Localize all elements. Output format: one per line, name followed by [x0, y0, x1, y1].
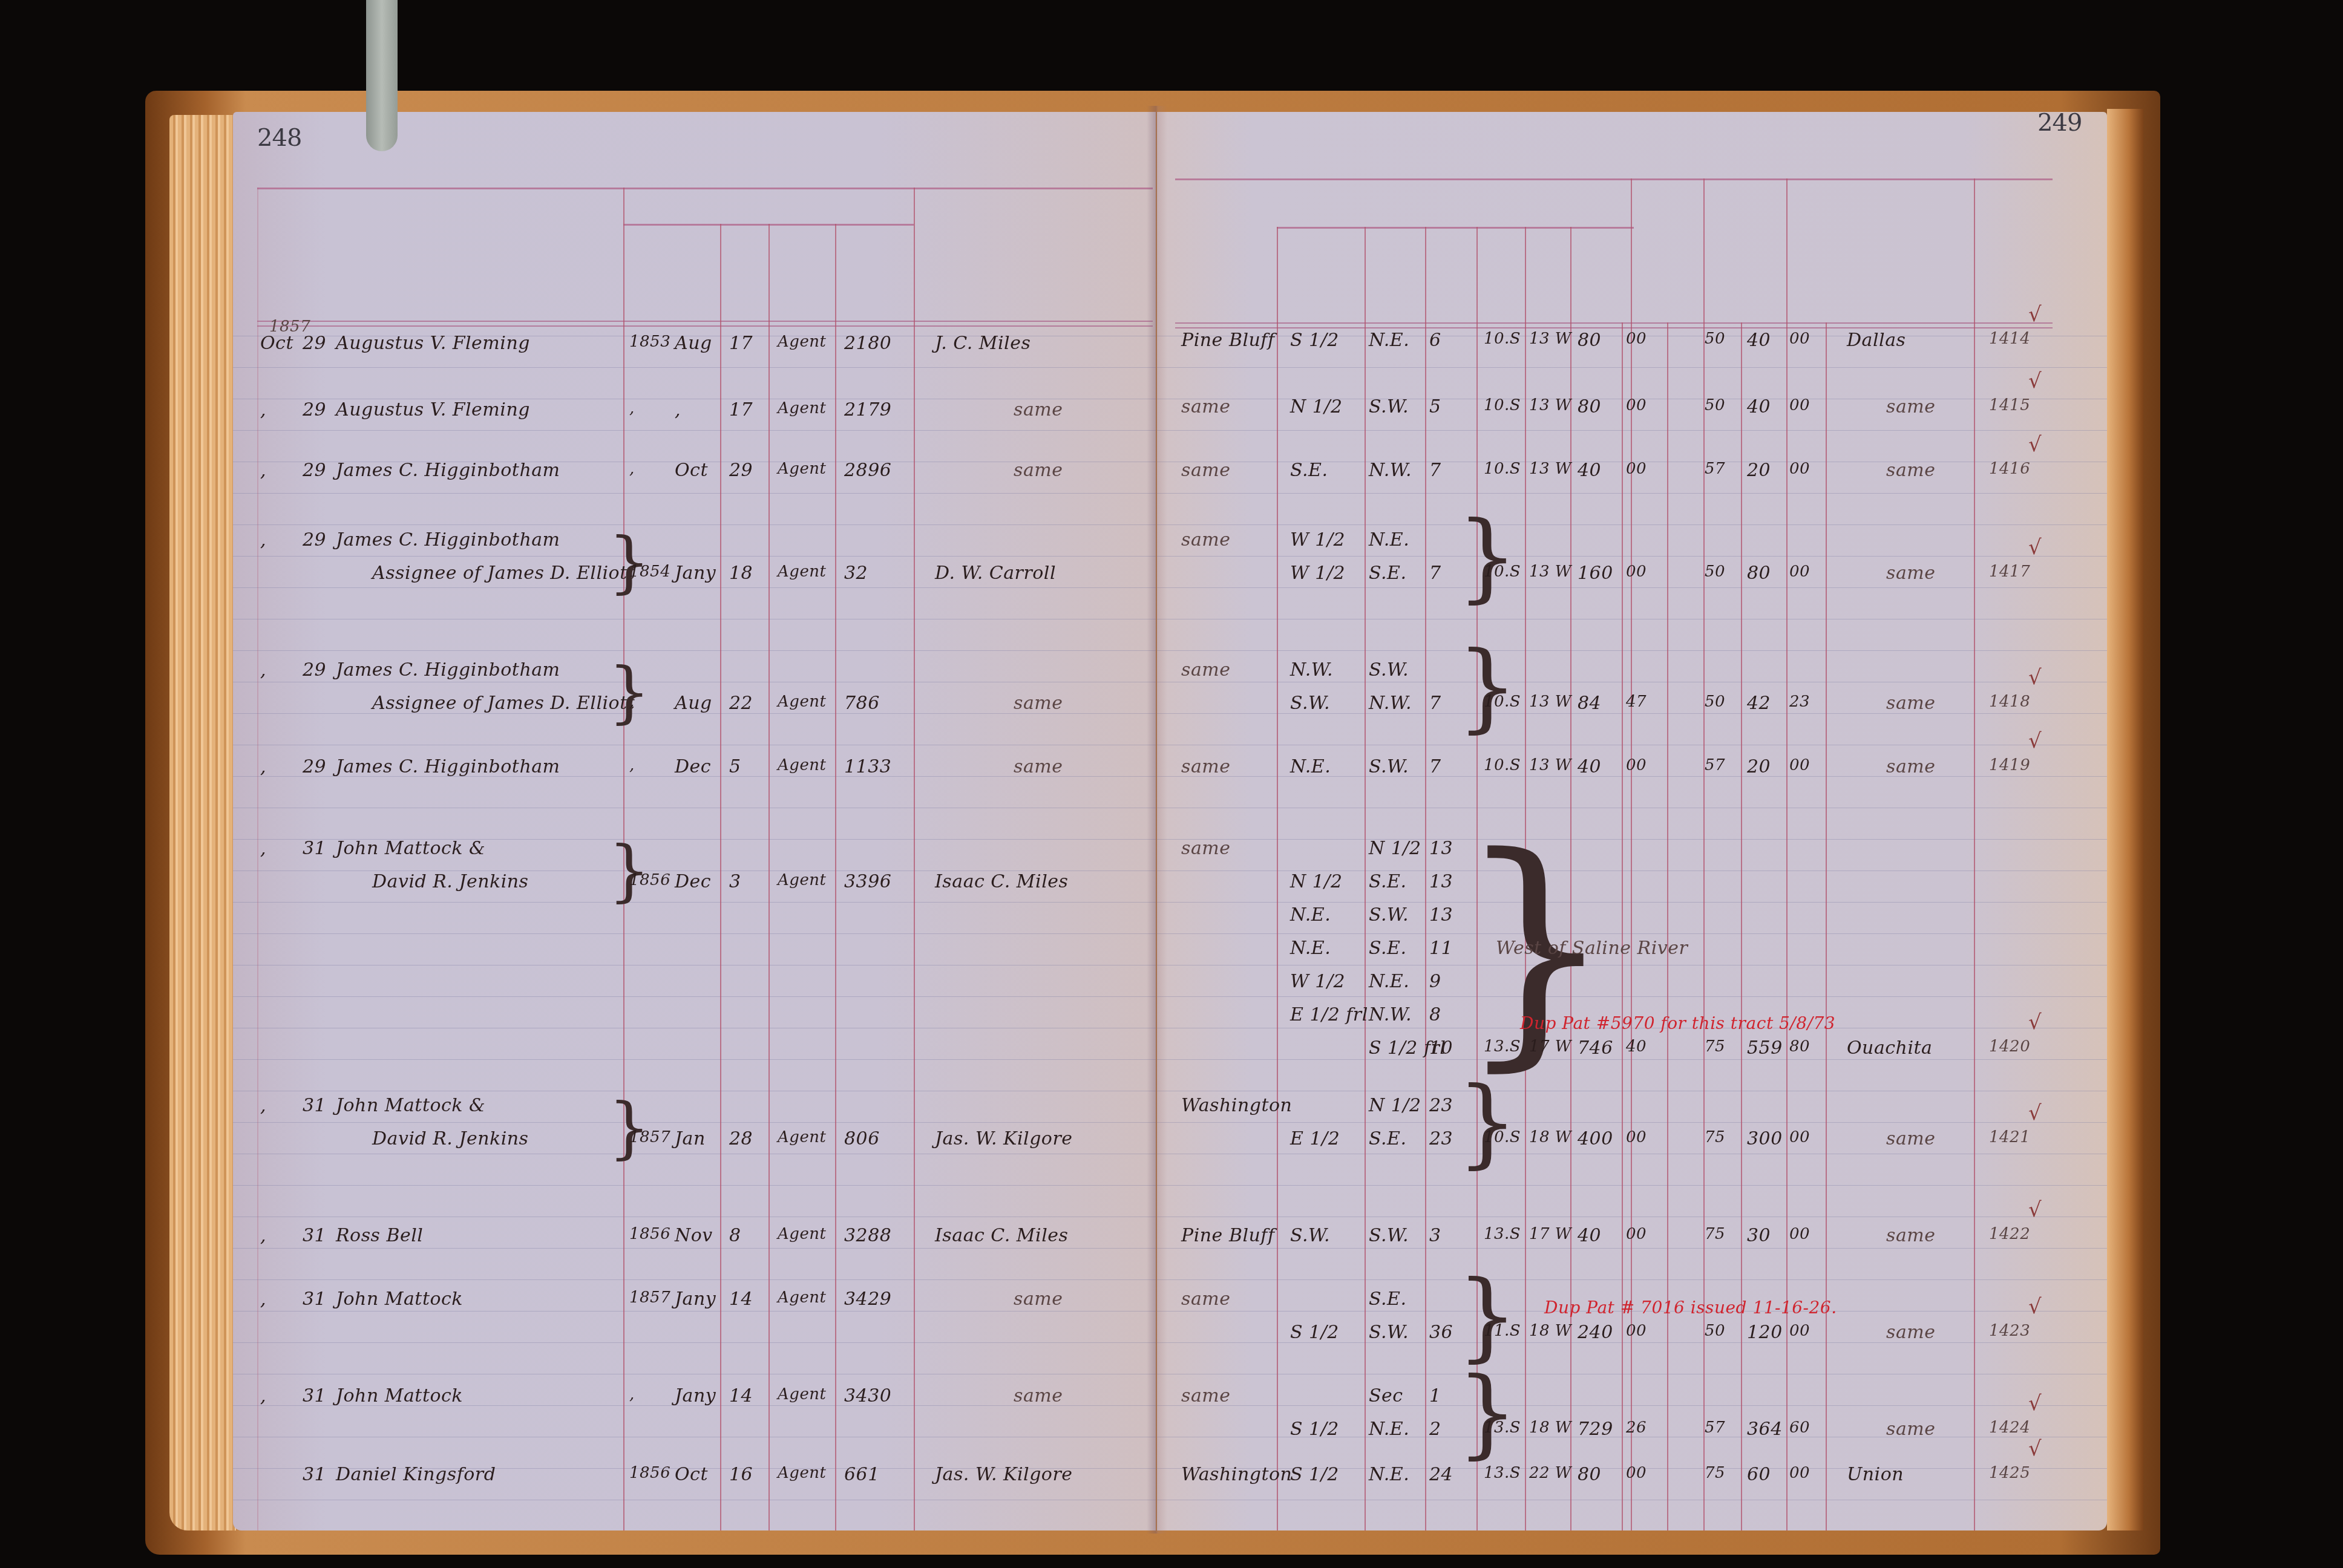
- purchase-cents: 00: [1789, 1128, 1810, 1146]
- acres-fraction: 00: [1626, 756, 1647, 774]
- tract-part: W 1/2: [1290, 563, 1345, 584]
- ruled-line: [233, 556, 1156, 557]
- price-per-acre: 50: [1705, 693, 1725, 711]
- check-mark-icon: √: [2028, 665, 2042, 690]
- check-mark-icon: √: [2028, 1295, 2042, 1319]
- entry-year: ,: [629, 693, 635, 711]
- entry-day: 29: [303, 399, 326, 420]
- county: same: [1886, 396, 1935, 417]
- tract-part: W 1/2: [1290, 971, 1345, 992]
- entry-day: 31: [303, 838, 326, 859]
- county: same: [1886, 1225, 1935, 1246]
- township: 13.S: [1484, 1464, 1521, 1482]
- tract-part: N.W.: [1290, 659, 1333, 681]
- range: 13 W: [1529, 396, 1571, 414]
- tract-section: 7: [1429, 756, 1441, 777]
- column-divider: [1974, 178, 1975, 1530]
- purchase-cents: 00: [1789, 396, 1810, 414]
- entry-month: ,: [260, 659, 266, 681]
- purchaser-name: Augustus V. Fleming: [336, 399, 530, 420]
- township: 13.S: [1484, 1037, 1521, 1056]
- column-divider: [835, 224, 836, 1530]
- purchaser-name: Ross Bell: [336, 1225, 423, 1246]
- township: 10.S: [1484, 563, 1521, 581]
- tract-subdivision: N 1/2: [1369, 838, 1421, 859]
- ruled-line: [233, 430, 1156, 431]
- tract-subdivision: N.E.: [1369, 330, 1409, 351]
- entry-type: Agent: [778, 871, 827, 889]
- tract-subdivision: S.W.: [1369, 1225, 1409, 1246]
- tract-part: N.E.: [1290, 756, 1331, 777]
- tract-section: 2: [1429, 1419, 1441, 1440]
- column-divider: [1277, 227, 1278, 1530]
- entry-day: 29: [303, 659, 326, 681]
- tract-part: S 1/2: [1290, 330, 1339, 351]
- tract-section: 7: [1429, 693, 1441, 714]
- range: 13 W: [1529, 756, 1571, 774]
- tract-section: 5: [1429, 396, 1441, 417]
- entry-year: 1853: [629, 333, 670, 351]
- land-office: Pine Bluff: [1181, 1225, 1275, 1246]
- county: Ouachita: [1847, 1037, 1932, 1059]
- tract-subdivision: N.E.: [1369, 1419, 1409, 1440]
- purchaser-name: Augustus V. Fleming: [336, 333, 530, 354]
- acres: 240: [1578, 1322, 1613, 1343]
- entry-day: 31: [303, 1289, 326, 1310]
- certificate-number: 1416: [1989, 460, 2030, 478]
- purchase-amount: 20: [1747, 460, 1771, 481]
- acres-fraction: 00: [1626, 1322, 1647, 1340]
- acres: 40: [1578, 460, 1601, 481]
- purchase-amount: 60: [1747, 1464, 1771, 1485]
- tract-part: N 1/2: [1290, 396, 1343, 417]
- purchase-amount: 80: [1747, 563, 1771, 584]
- ruled-line: [233, 650, 1156, 651]
- township: 10.S: [1484, 396, 1521, 414]
- agent-name: Isaac C. Miles: [935, 1225, 1068, 1246]
- certificate-number: 1417: [1989, 563, 2030, 581]
- entry-month-date: Jany: [675, 1289, 716, 1310]
- check-mark-icon: √: [2028, 302, 2042, 327]
- page-edges-right: [2107, 109, 2143, 1530]
- acres-fraction: 00: [1626, 330, 1647, 348]
- certificate-number: 1425: [1989, 1464, 2030, 1482]
- tract-part: S 1/2: [1290, 1464, 1339, 1485]
- entry-number: 661: [844, 1464, 880, 1485]
- ruled-line: [233, 1437, 1156, 1437]
- ruled-line: [1157, 367, 2107, 368]
- tract-part: S.W.: [1290, 1225, 1330, 1246]
- agent-name: same: [1014, 460, 1063, 481]
- ruled-line: [233, 1059, 1156, 1060]
- agent-name: D. W. Carroll: [935, 563, 1056, 584]
- name-brace: }: [608, 523, 650, 601]
- entry-type: Agent: [778, 693, 827, 711]
- purchaser-name: John Mattock &: [336, 838, 485, 859]
- ruled-line: [1157, 430, 2107, 431]
- column-divider: [768, 224, 770, 1530]
- tract-part: E 1/2: [1290, 1128, 1340, 1149]
- land-office: same: [1181, 838, 1230, 859]
- tract-subdivision: N.W.: [1369, 460, 1412, 481]
- range: 17 W: [1529, 1225, 1571, 1243]
- county: same: [1886, 1128, 1935, 1149]
- entry-month: ,: [260, 1385, 266, 1406]
- ruled-line: [1157, 839, 2107, 840]
- entry-day: 29: [303, 460, 326, 481]
- tract-section: 11: [1429, 938, 1453, 959]
- check-mark-icon: √: [2028, 1437, 2042, 1461]
- acres: 80: [1578, 1464, 1601, 1485]
- ruled-line: [1157, 965, 2107, 965]
- entry-type: Agent: [778, 399, 827, 417]
- entry-day: 29: [303, 333, 326, 354]
- ruled-line: [1157, 1122, 2107, 1123]
- entry-day: 29: [303, 756, 326, 777]
- purchaser-name: John Mattock: [336, 1385, 463, 1406]
- ruled-line: [233, 524, 1156, 525]
- entry-year: 1857: [629, 1128, 670, 1146]
- entry-month: ,: [260, 399, 266, 420]
- agent-name: same: [1014, 756, 1063, 777]
- agent-name: Jas. W. Kilgore: [935, 1464, 1073, 1485]
- ruled-line: [233, 1122, 1156, 1123]
- ruled-line: [1157, 1405, 2107, 1406]
- entry-day-date: 18: [729, 563, 753, 584]
- ruled-line: [233, 1185, 1156, 1186]
- ruled-line: [233, 1217, 1156, 1217]
- entry-type: Agent: [778, 1289, 827, 1307]
- tract-subdivision: S.W.: [1369, 1322, 1409, 1343]
- page-number-right: 249: [2037, 112, 2082, 137]
- tract-subdivision: N.E.: [1369, 529, 1409, 550]
- column-divider: [914, 188, 915, 1530]
- entry-month-date: Jany: [675, 1385, 716, 1406]
- ruled-line: [1157, 1279, 2107, 1280]
- tract-side-note: West of Saline River: [1496, 938, 1688, 959]
- entry-type: Agent: [778, 563, 827, 581]
- tract-part: N.E.: [1290, 938, 1331, 959]
- agent-name: same: [1014, 693, 1063, 714]
- acres-fraction: 00: [1626, 1225, 1647, 1243]
- tract-subdivision: S.W.: [1369, 659, 1409, 681]
- acres-fraction: 00: [1626, 460, 1647, 478]
- county: Union: [1847, 1464, 1904, 1485]
- ruled-line: [1157, 1091, 2107, 1091]
- price-per-acre: 50: [1705, 1322, 1725, 1340]
- price-per-acre: 50: [1705, 563, 1725, 581]
- purchase-amount: 40: [1747, 330, 1771, 351]
- entry-year: 1856: [629, 1225, 670, 1243]
- purchase-cents: 00: [1789, 563, 1810, 581]
- purchaser-name: John Mattock &: [336, 1095, 485, 1116]
- tract-section: 3: [1429, 1225, 1441, 1246]
- acres: 40: [1578, 756, 1601, 777]
- range: 18 W: [1529, 1322, 1571, 1340]
- purchase-cents: 80: [1789, 1037, 1810, 1056]
- ruled-line: [1157, 1374, 2107, 1374]
- check-mark-icon: √: [2028, 729, 2042, 753]
- tract-section: 36: [1429, 1322, 1453, 1343]
- tract-part: S 1/2: [1290, 1419, 1339, 1440]
- land-office: same: [1181, 529, 1230, 550]
- entry-year: 1854: [629, 563, 670, 581]
- entry-type: Agent: [778, 1385, 827, 1403]
- county: same: [1886, 756, 1935, 777]
- range: 13 W: [1529, 563, 1571, 581]
- agent-name: same: [1014, 1289, 1063, 1310]
- ruled-line: [1157, 996, 2107, 997]
- entry-month-date: Oct: [675, 1464, 708, 1485]
- header-rule: [257, 188, 1153, 189]
- entry-month-date: Nov: [675, 1225, 713, 1246]
- land-office: same: [1181, 756, 1230, 777]
- county: same: [1886, 563, 1935, 584]
- entry-day-date: 28: [729, 1128, 753, 1149]
- page-number-left: 248: [257, 124, 301, 152]
- certificate-number: 1415: [1989, 396, 2030, 414]
- tract-section: 10: [1429, 1037, 1453, 1059]
- tract-part: S 1/2: [1290, 1322, 1339, 1343]
- purchase-cents: 00: [1789, 460, 1810, 478]
- header-rule: [1175, 178, 2053, 180]
- name-brace: }: [608, 1089, 650, 1166]
- header-double-rule: [257, 321, 1153, 327]
- tract-part: S.W.: [1290, 693, 1330, 714]
- column-divider: [1365, 227, 1366, 1530]
- column-divider: [1667, 322, 1668, 1530]
- tract-subdivision: S.W.: [1369, 396, 1409, 417]
- ruled-line: [233, 619, 1156, 619]
- township: 13.S: [1484, 1419, 1521, 1437]
- township: 10.S: [1484, 756, 1521, 774]
- ruled-line: [233, 1091, 1156, 1091]
- name-brace: }: [608, 653, 650, 731]
- ruled-line: [233, 1154, 1156, 1154]
- purchaser-name: Assignee of James D. Elliott: [372, 563, 635, 584]
- tract-part: S.E.: [1290, 460, 1328, 481]
- tract-subdivision: S.E.: [1369, 938, 1406, 959]
- price-per-acre: 57: [1705, 1419, 1725, 1437]
- land-office: Washington: [1181, 1095, 1292, 1116]
- check-mark-icon: √: [2028, 535, 2042, 560]
- red-annotation: Dup Pat # 7016 issued 11-16-26.: [1544, 1298, 1837, 1318]
- entry-month: ,: [260, 529, 266, 550]
- column-divider: [1826, 322, 1827, 1530]
- entry-type: Agent: [778, 756, 827, 774]
- ruled-line: [1157, 1500, 2107, 1500]
- tract-section: 8: [1429, 1004, 1441, 1025]
- purchaser-name: James C. Higginbotham: [336, 756, 560, 777]
- range: 17 W: [1529, 1037, 1571, 1056]
- entry-day-date: 8: [729, 1225, 741, 1246]
- tract-subdivision: S.W.: [1369, 756, 1409, 777]
- tract-section: 6: [1429, 330, 1441, 351]
- ruled-line: [1157, 587, 2107, 588]
- ruled-line: [233, 1028, 1156, 1028]
- ruled-line: [233, 1374, 1156, 1374]
- entry-day: 31: [303, 1464, 326, 1485]
- purchaser-name: James C. Higginbotham: [336, 529, 560, 550]
- entry-year: 1856: [629, 871, 670, 889]
- county: same: [1886, 1419, 1935, 1440]
- tract-subdivision: N.W.: [1369, 693, 1412, 714]
- certificate-number: 1423: [1989, 1322, 2030, 1340]
- entry-day-date: 22: [729, 693, 753, 714]
- range: 13 W: [1529, 460, 1571, 478]
- purchaser-name: Daniel Kingsford: [336, 1464, 496, 1485]
- tract-section: 13: [1429, 871, 1453, 892]
- ruled-line: [1157, 1185, 2107, 1186]
- acres-fraction: 40: [1626, 1037, 1647, 1056]
- tract-section: 9: [1429, 971, 1441, 992]
- entry-month: ,: [260, 838, 266, 859]
- tract-part: W 1/2: [1290, 529, 1345, 550]
- acres-fraction: 47: [1626, 693, 1647, 711]
- entry-month-date: Oct: [675, 460, 708, 481]
- township: 11.S: [1484, 1322, 1521, 1340]
- ruled-line: [1157, 619, 2107, 619]
- county: same: [1886, 1322, 1935, 1343]
- acres-fraction: 00: [1626, 563, 1647, 581]
- agent-name: J. C. Miles: [935, 333, 1031, 354]
- range: 13 W: [1529, 330, 1571, 348]
- ruled-line: [1157, 933, 2107, 934]
- range: 22 W: [1529, 1464, 1571, 1482]
- ruled-line: [1157, 524, 2107, 525]
- land-office: same: [1181, 396, 1230, 417]
- purchase-cents: 00: [1789, 1225, 1810, 1243]
- entry-number: 1133: [844, 756, 891, 777]
- ruled-line: [233, 808, 1156, 808]
- price-per-acre: 75: [1705, 1464, 1725, 1482]
- ruled-line: [233, 682, 1156, 682]
- land-office: same: [1181, 659, 1230, 681]
- acres: 80: [1578, 396, 1601, 417]
- margin-line: [257, 188, 258, 1530]
- purchase-amount: 20: [1747, 756, 1771, 777]
- purchase-amount: 30: [1747, 1225, 1771, 1246]
- ruled-line: [1157, 745, 2107, 745]
- ruled-line: [233, 745, 1156, 745]
- ruled-line: [233, 367, 1156, 368]
- range: 18 W: [1529, 1128, 1571, 1146]
- acres: 746: [1578, 1037, 1613, 1059]
- certificate-number: 1421: [1989, 1128, 2030, 1146]
- township: 10.S: [1484, 1128, 1521, 1146]
- acres-fraction: 00: [1626, 1128, 1647, 1146]
- acres: 160: [1578, 563, 1613, 584]
- township: 10.S: [1484, 330, 1521, 348]
- certificate-number: 1419: [1989, 756, 2030, 774]
- township: 13.S: [1484, 1225, 1521, 1243]
- ruled-line: [1157, 493, 2107, 494]
- land-office: Pine Bluff: [1181, 330, 1275, 351]
- entry-number: 2896: [844, 460, 891, 481]
- acres-fraction: 26: [1626, 1419, 1647, 1437]
- entry-number: 2179: [844, 399, 891, 420]
- book-gutter: [1147, 106, 1167, 1534]
- tract-subdivision: S.E.: [1369, 563, 1406, 584]
- acres: 84: [1578, 693, 1601, 714]
- entry-year: ,: [629, 460, 635, 478]
- entry-day-date: 14: [729, 1289, 753, 1310]
- check-mark-icon: √: [2028, 1010, 2042, 1034]
- entry-month-date: Jany: [675, 563, 716, 584]
- tract-subdivision: S.E.: [1369, 871, 1406, 892]
- entry-year: 1857: [629, 1289, 670, 1307]
- entry-day-date: 14: [729, 1385, 753, 1406]
- tract-subdivision: S.W.: [1369, 904, 1409, 926]
- entry-month: ,: [260, 756, 266, 777]
- ruled-line: [233, 1311, 1156, 1312]
- entry-number: 786: [844, 693, 880, 714]
- acres: 729: [1578, 1419, 1613, 1440]
- check-mark-icon: √: [2028, 1391, 2042, 1416]
- column-divider: [1741, 322, 1742, 1530]
- price-per-acre: 75: [1705, 1225, 1725, 1243]
- entry-day: 31: [303, 1095, 326, 1116]
- township: 10.S: [1484, 693, 1521, 711]
- ruled-line: [233, 1342, 1156, 1343]
- agent-name: Isaac C. Miles: [935, 871, 1068, 892]
- check-mark-icon: √: [2028, 1198, 2042, 1222]
- entry-month-date: Dec: [675, 871, 711, 892]
- ruled-line: [1157, 1248, 2107, 1249]
- purchase-cents: 00: [1789, 1322, 1810, 1340]
- agent-name: Jas. W. Kilgore: [935, 1128, 1073, 1149]
- entry-type: Agent: [778, 333, 827, 351]
- price-per-acre: 50: [1705, 396, 1725, 414]
- purchase-cents: 00: [1789, 1464, 1810, 1482]
- purchaser-name: James C. Higginbotham: [336, 659, 560, 681]
- entry-day-date: 3: [729, 871, 741, 892]
- tract-section: 7: [1429, 460, 1441, 481]
- ruled-line: [233, 1500, 1156, 1500]
- price-per-acre: 75: [1705, 1128, 1725, 1146]
- entry-year: ,: [629, 1385, 635, 1403]
- range: 18 W: [1529, 1419, 1571, 1437]
- purchase-cents: 00: [1789, 330, 1810, 348]
- tract-subdivision: N 1/2: [1369, 1095, 1421, 1116]
- check-mark-icon: √: [2028, 369, 2042, 393]
- county: Dallas: [1847, 330, 1906, 351]
- price-per-acre: 57: [1705, 756, 1725, 774]
- ruled-line: [233, 493, 1156, 494]
- tract-section: 1: [1429, 1385, 1441, 1406]
- tract-part: E 1/2 frl: [1290, 1004, 1368, 1025]
- acres: 40: [1578, 1225, 1601, 1246]
- ruled-line: [1157, 1154, 2107, 1154]
- county: same: [1886, 460, 1935, 481]
- tract-subdivision: Sec: [1369, 1385, 1403, 1406]
- entry-type: Agent: [778, 1128, 827, 1146]
- column-divider: [1622, 322, 1623, 1530]
- entry-day-date: 5: [729, 756, 741, 777]
- check-mark-icon: √: [2028, 433, 2042, 457]
- ruled-line: [233, 965, 1156, 965]
- tract-part: N 1/2: [1290, 871, 1343, 892]
- entry-month-date: Jan: [675, 1128, 706, 1149]
- column-divider: [720, 224, 721, 1530]
- purchase-cents: 00: [1789, 756, 1810, 774]
- ruled-line: [1157, 650, 2107, 651]
- certificate-number: 1414: [1989, 330, 2030, 348]
- tract-part: N.E.: [1290, 904, 1331, 926]
- entry-type: Agent: [778, 1464, 827, 1482]
- ruled-line: [233, 996, 1156, 997]
- tract-section: 23: [1429, 1095, 1453, 1116]
